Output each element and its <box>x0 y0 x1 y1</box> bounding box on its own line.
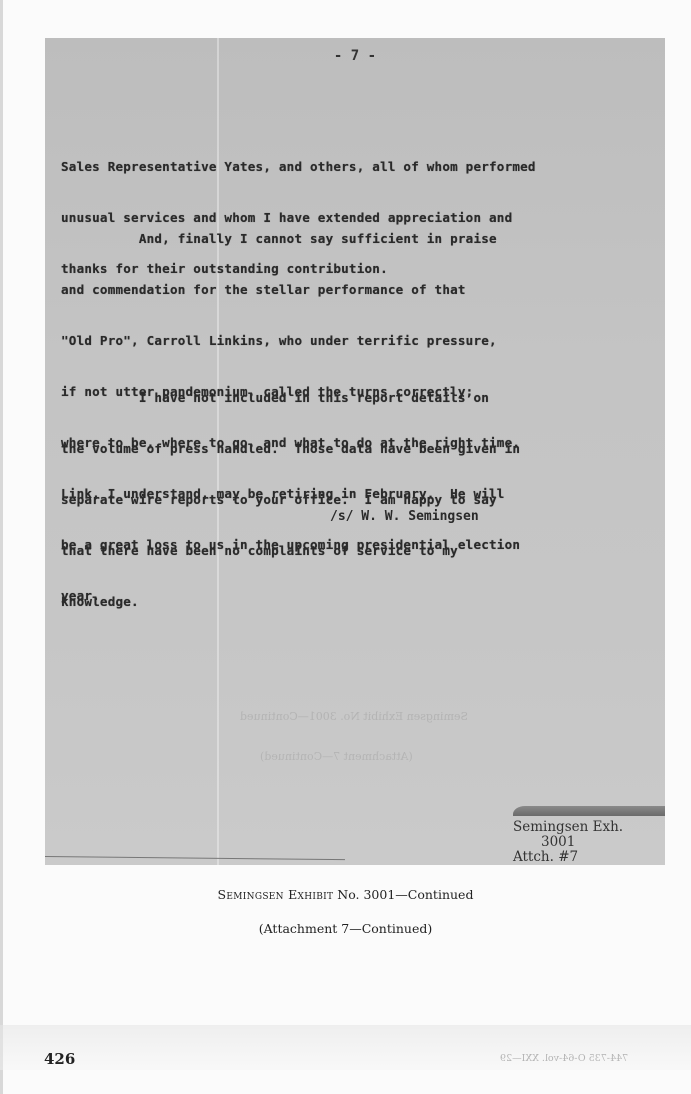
text-line: that there have been no complaints of se… <box>61 542 520 559</box>
text-line: separate wire reports to your office. I … <box>61 491 520 508</box>
page-number: 426 <box>44 1050 75 1068</box>
text-line: and commendation for the stellar perform… <box>61 281 520 298</box>
exhibit-stamp: Semingsen Exh. 3001 Attch. #7 <box>507 806 665 865</box>
paragraph-press-volume: I have not included in this report detai… <box>61 355 520 644</box>
exhibit-caption-rest: No. 3001—Continued <box>333 887 473 902</box>
stamp-tab <box>513 806 665 816</box>
exhibit-caption-smallcaps: Semingsen Exhibit <box>218 887 334 902</box>
mirrored-print-line: 744-735 O-64-vol. XXI—29 <box>500 1053 628 1064</box>
bleed-through-text: Semingsen Exhibit No. 3001—Continued <box>240 710 468 723</box>
scan-rule-line <box>45 856 345 860</box>
stamp-line-number: 3001 <box>513 835 623 850</box>
text-line: the volume of press handled. Those data … <box>61 440 520 457</box>
text-line: knowledge. <box>61 593 520 610</box>
page-marker: - 7 - <box>45 48 665 64</box>
text-line: "Old Pro", Carroll Linkins, who under te… <box>61 332 520 349</box>
exhibit-caption: Semingsen Exhibit No. 3001—Continued <box>0 887 691 902</box>
text-line: I have not included in this report detai… <box>61 389 520 406</box>
text-line: Sales Representative Yates, and others, … <box>61 158 536 175</box>
stamp-text: Semingsen Exh. 3001 Attch. #7 <box>513 820 623 865</box>
bleed-through-text: (Attachment 7—Continued) <box>260 750 413 763</box>
signature: /s/ W. W. Semingsen <box>330 509 479 524</box>
attachment-caption: (Attachment 7—Continued) <box>0 921 691 936</box>
stamp-line-exhibit: Semingsen Exh. <box>513 820 623 835</box>
text-line: And, finally I cannot say sufficient in … <box>61 230 520 247</box>
scanned-typewritten-letter: - 7 - Sales Representative Yates, and ot… <box>45 38 665 865</box>
stamp-line-attachment: Attch. #7 <box>513 850 623 865</box>
